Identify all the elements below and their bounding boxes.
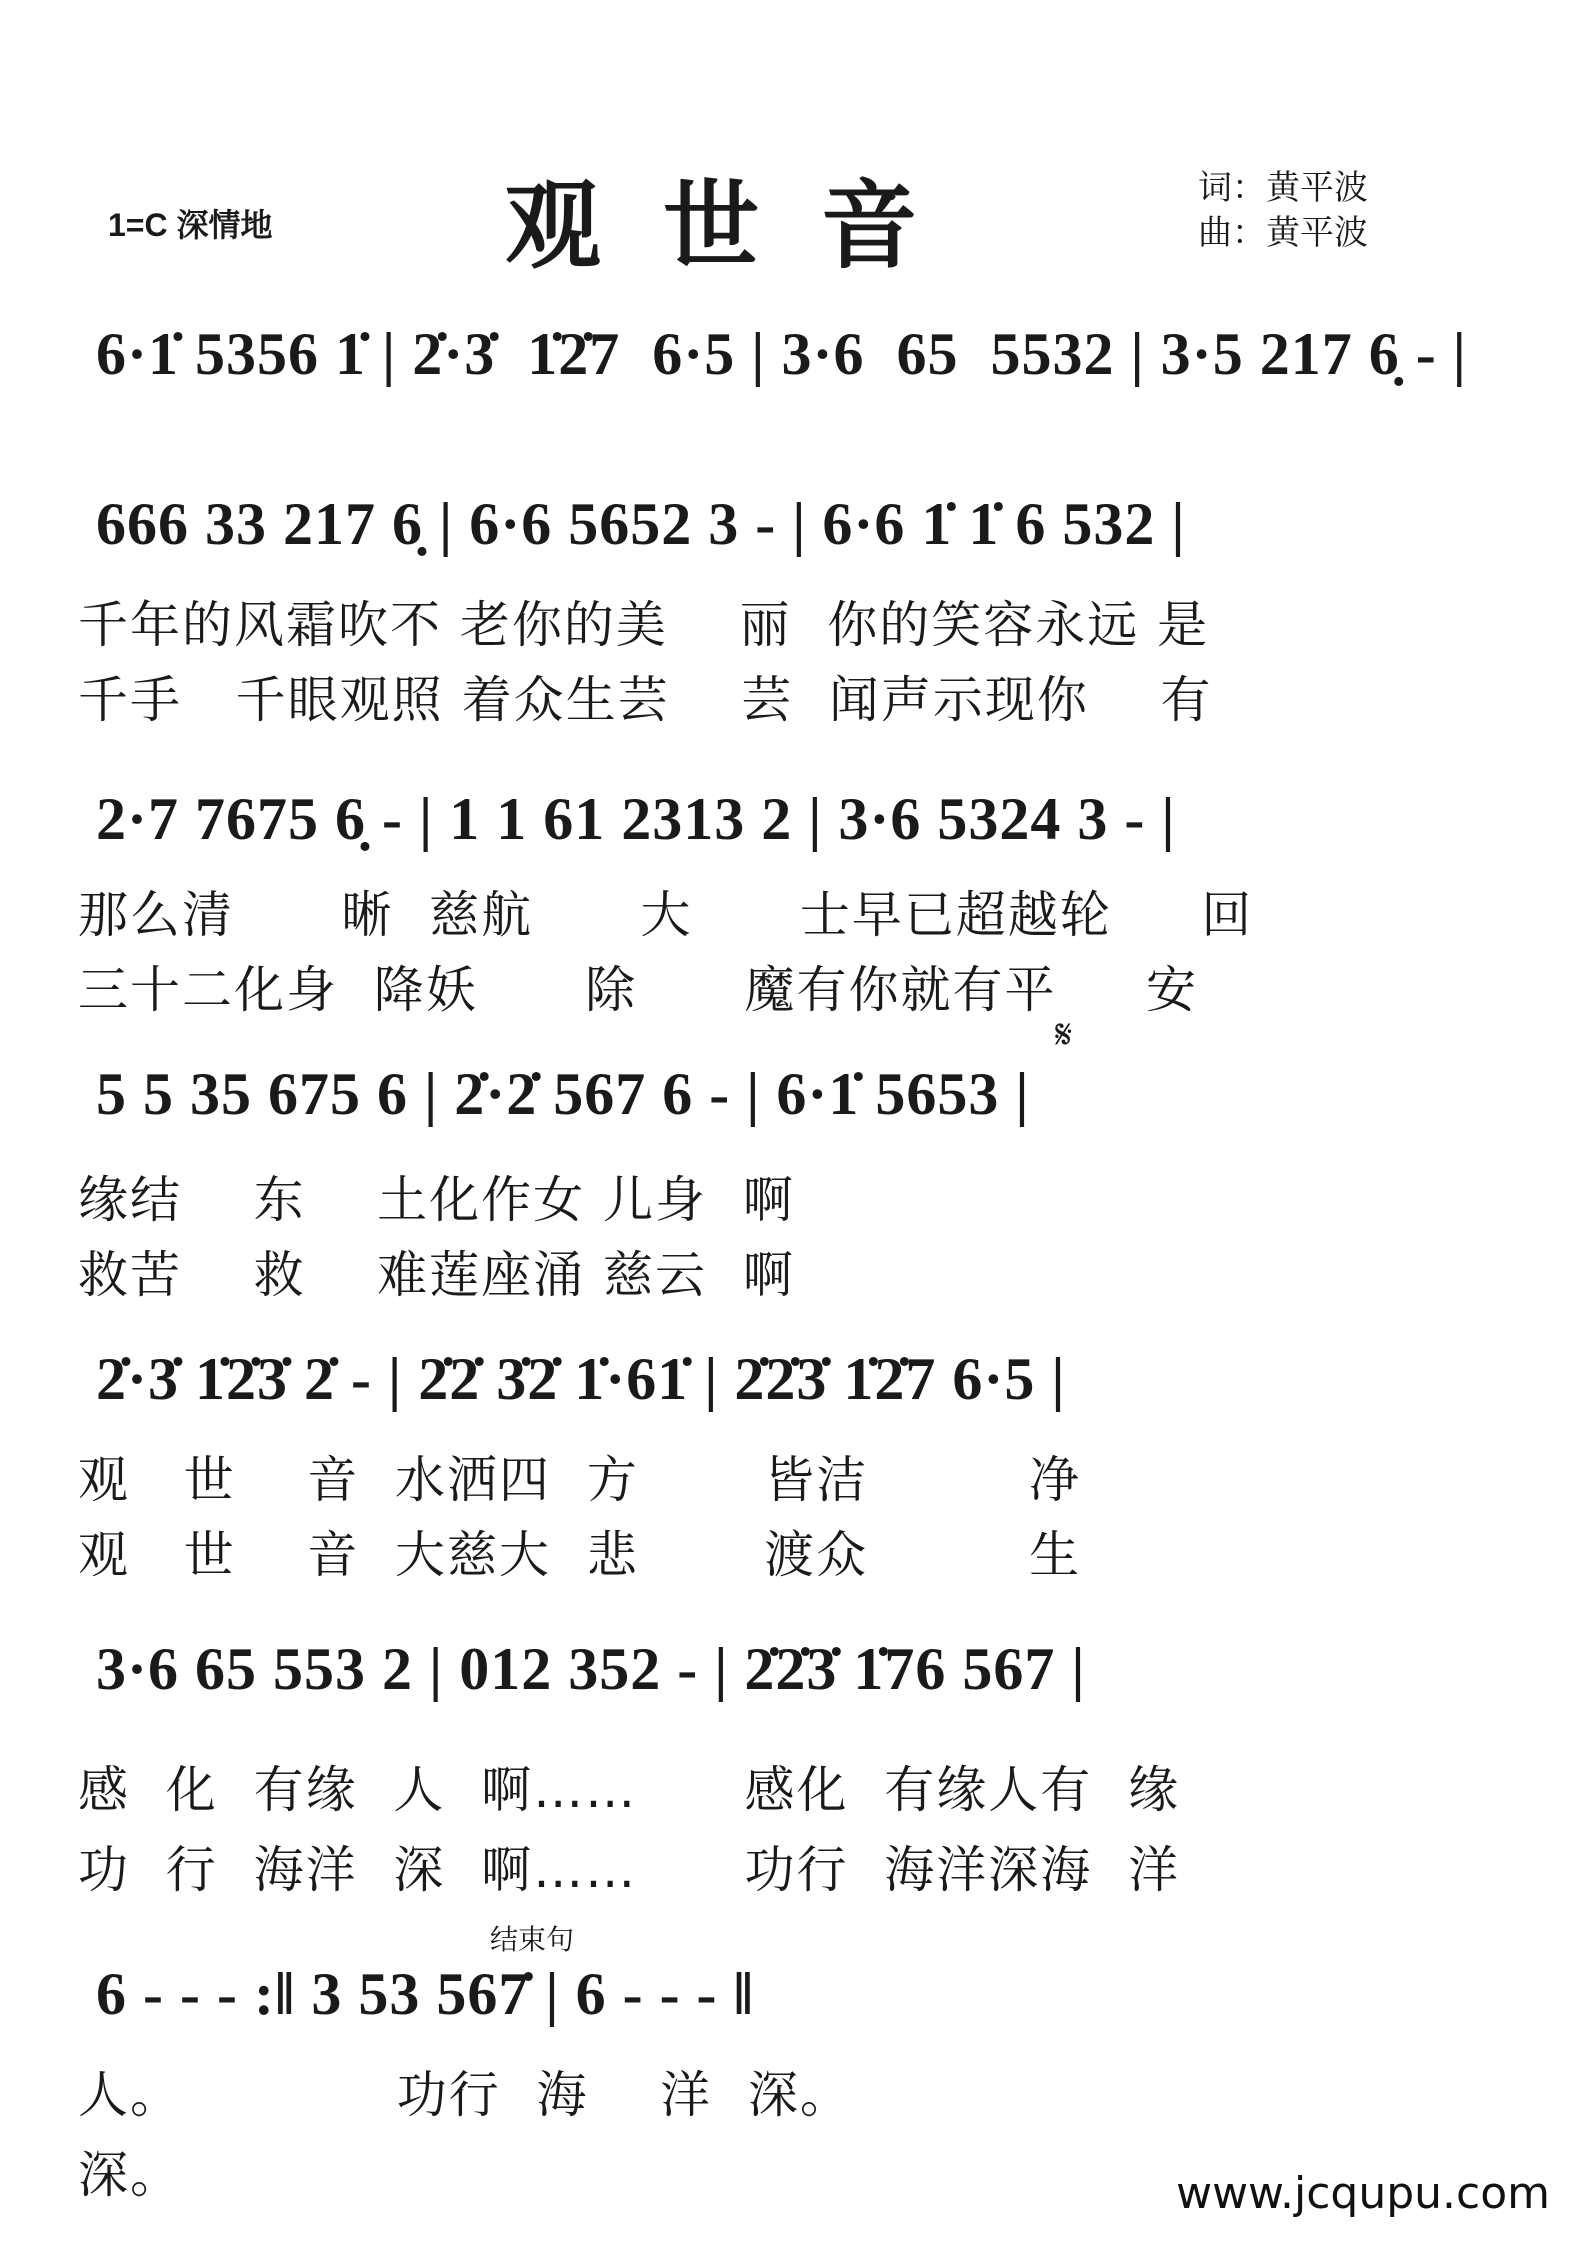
- notation-line: 6 - - - :‖ 3 53 567̇ | 6 - - - ‖: [96, 1960, 754, 2029]
- ending-label: 结束句: [490, 1918, 574, 1958]
- lyrics-verse-1: 缘结 东 土化作女 儿身 啊: [78, 1160, 795, 1232]
- lyrics-verse-1: 感 化 有缘 人 啊…… 感化 有缘人有 缘: [78, 1750, 1180, 1822]
- lyrics-verse-1: 观 世 音 水洒四 方 皆洁 净: [78, 1440, 1081, 1512]
- lyrics-verse-1: 那么清 晰 慈航 大 士早已超越轮 回: [78, 875, 1253, 947]
- lyrics-verse-1: 人。 功行 海 洋 深。: [78, 2055, 852, 2127]
- lyrics-verse-2: 三十二化身 降妖 除 魔有你就有平 安: [78, 950, 1198, 1022]
- lyrics-verse-2: 功 行 海洋 深 啊…… 功行 海洋深海 洋: [78, 1830, 1180, 1902]
- lyrics-verse-2: 千手 千眼观照 着众生芸 芸 闻声示现你 有: [78, 660, 1213, 732]
- notation-line: 2·7 7675 6̣ - | 1 1 61 2313 2 | 3·6 5324…: [96, 785, 1176, 854]
- key-signature: 1=C 深情地: [108, 200, 273, 246]
- site-watermark: www.jcqupu.com: [1176, 2168, 1550, 2219]
- lyrics-verse-1: 千年的风霜吹不 老你的美 丽 你的笑容永远 是: [78, 585, 1209, 657]
- lyrics-verse-2: 深。: [78, 2135, 182, 2207]
- page-title: 观世音: [505, 150, 979, 287]
- composer-credit: 曲：黄平波: [1198, 205, 1368, 254]
- notation-line: 5 5 35 675 6 | 2̇·2̇ 567 6 - | 6·1̇ 5653…: [96, 1060, 1030, 1129]
- segno-icon: 𝄋: [1055, 1012, 1072, 1058]
- notation-line: 3·6 65 553 2 | 012 352 - | 2̇2̇3̇ 1̇76 5…: [96, 1635, 1086, 1704]
- lyricist-credit: 词：黄平波: [1198, 160, 1368, 209]
- notation-line: 6·1̇ 5356 1̇ | 2̇·3̇ 1̇2̇7 6·5 | 3·6 65 …: [96, 320, 1467, 389]
- notation-line: 666 33 217 6̣ | 6·6 5652 3 - | 6·6 1̇ 1̇…: [96, 490, 1186, 559]
- lyrics-verse-2: 观 世 音 大慈大 悲 渡众 生: [78, 1515, 1081, 1587]
- notation-line: 2̇·3̇ 1̇2̇3̇ 2̇ - | 2̇2̇ 3̇2̇ 1̇·61̇ | 2…: [96, 1345, 1066, 1414]
- lyrics-verse-2: 救苦 救 难莲座涌 慈云 啊: [78, 1235, 795, 1307]
